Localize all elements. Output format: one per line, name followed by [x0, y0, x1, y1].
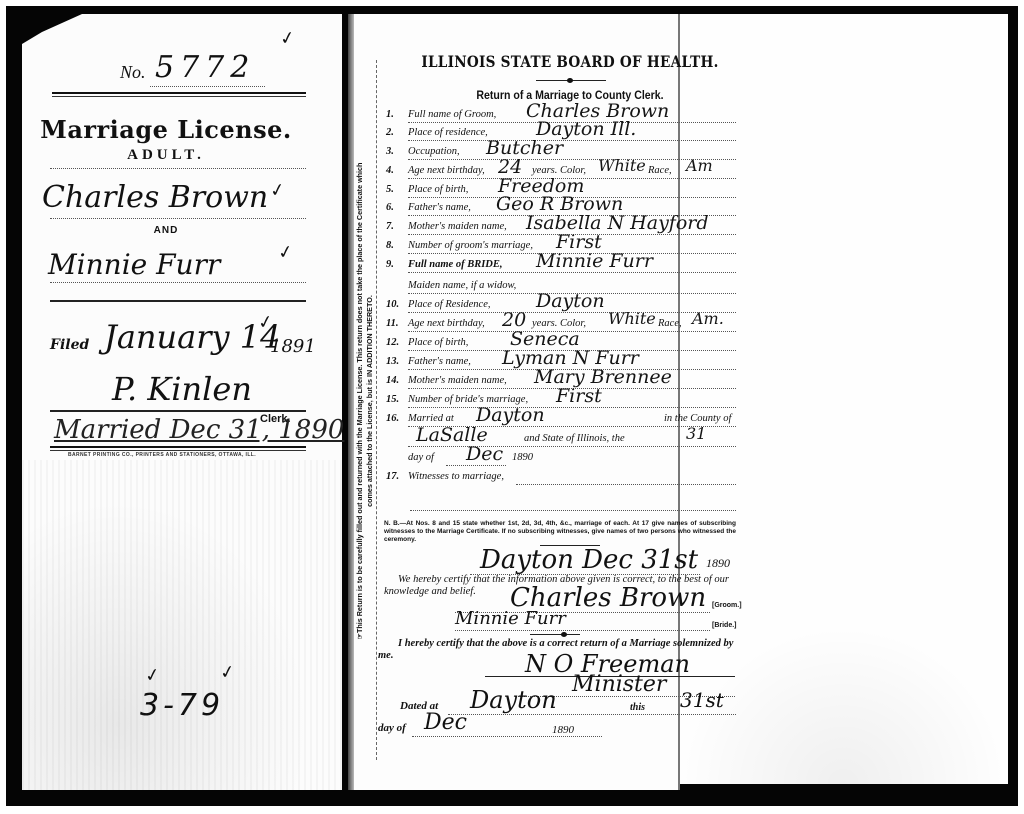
form-header: ILLINOIS STATE BOARD OF HEALTH. — [409, 52, 732, 71]
place-year: 1890 — [706, 556, 730, 571]
color-value: White — [608, 309, 656, 328]
instructions-note: N. B.—At Nos. 8 and 15 state whether 1st… — [384, 520, 736, 544]
year-value: 1890 — [512, 452, 533, 463]
field-number: 13. — [386, 356, 402, 367]
field-number: 9. — [386, 259, 402, 270]
field-row-county: LaSalle and State of Illinois, the 31 — [386, 430, 746, 448]
divider — [455, 630, 710, 631]
field-row-bride-name: 9. Full name of BRIDE, Minnie Furr — [386, 256, 746, 274]
side-notice-text: ☞This Return is to be carefully filled o… — [355, 31, 377, 771]
field-label: Married at — [408, 413, 454, 424]
field-label: Place of residence, — [408, 127, 488, 138]
divider — [448, 714, 736, 715]
field-label: Witnesses to marriage, — [408, 471, 504, 482]
license-number-value: 5772 — [155, 50, 255, 85]
bride-signature: Minnie Furr — [455, 608, 566, 629]
field-label: Mother's maiden name, — [408, 221, 507, 232]
divider — [412, 736, 602, 737]
field-value: Dayton — [476, 404, 545, 426]
place-date-handwritten: Dayton Dec 31st — [480, 545, 698, 575]
document-scan: No. 5772 ✓ Marriage License. ADULT. Char… — [0, 0, 1024, 814]
file-number: 3-79 — [140, 688, 224, 723]
bride-name-handwritten: Minnie Furr — [48, 248, 220, 281]
field-line — [408, 407, 736, 408]
clerk-signature: P. Kinlen — [112, 370, 252, 408]
groom-name-handwritten: Charles Brown — [42, 180, 268, 215]
field-label: Age next birthday, — [408, 318, 485, 329]
license-number-label: No. — [120, 62, 146, 83]
field-value: Dayton — [536, 290, 605, 312]
field-number: 12. — [386, 337, 402, 348]
county-label: in the County of — [664, 413, 731, 424]
divider — [50, 282, 306, 283]
field-value: Mary Brennee — [534, 366, 672, 388]
field-label: Full name of Groom, — [408, 109, 496, 120]
field-label: Place of birth, — [408, 337, 468, 348]
field-number: 7. — [386, 221, 402, 232]
month-value: Dec — [466, 443, 503, 465]
license-title: Marriage License. — [36, 115, 296, 144]
divider — [50, 410, 306, 412]
field-number: 4. — [386, 165, 402, 176]
field-number: 3. — [386, 146, 402, 157]
field-label: Age next birthday, — [408, 165, 485, 176]
bride-signature-label: [Bride.] — [712, 622, 737, 629]
field-label: Father's name, — [408, 202, 471, 213]
side-notice-line-1: ☞This Return is to be carefully filled o… — [355, 31, 365, 771]
filed-year: 1891 — [270, 336, 316, 357]
field-label: Mother's maiden name, — [408, 375, 507, 386]
perforation-line — [376, 60, 377, 760]
field-label: Occupation, — [408, 146, 460, 157]
field-number: 15. — [386, 394, 402, 405]
color-value: White — [598, 156, 646, 175]
race-label: Race, — [658, 318, 682, 329]
field-value: Minnie Furr — [536, 250, 653, 272]
field-row-groom-residence: 2. Place of residence, Dayton Ill. — [386, 124, 746, 142]
field-line — [408, 312, 736, 313]
header-ornament — [536, 80, 606, 81]
field-label: Number of groom's marriage, — [408, 240, 533, 251]
field-row-witnesses: 17. Witnesses to marriage, — [386, 468, 746, 486]
field-label: Maiden name, if a widow, — [408, 280, 516, 291]
license-subtitle: ADULT. — [36, 147, 296, 164]
dated-year: 1890 — [552, 724, 574, 736]
field-line — [408, 446, 736, 447]
divider — [150, 86, 265, 87]
and-label: AND — [36, 225, 296, 236]
field-line — [408, 272, 736, 273]
field-line — [446, 465, 506, 466]
field-number: 1. — [386, 109, 402, 120]
side-notice: ☞This Return is to be carefully filled o… — [356, 30, 378, 770]
race-value: Am. — [692, 309, 724, 328]
day-of-label: day of — [408, 452, 434, 463]
dated-day: 31st — [680, 688, 724, 712]
married-note: Married Dec 31, 1890 — [54, 415, 344, 445]
race-value: Am — [686, 156, 713, 175]
dated-place: Dayton — [470, 686, 557, 714]
ornament-divider — [530, 634, 580, 635]
field-row-day-of: day of Dec 1890 — [386, 449, 746, 467]
divider — [410, 510, 736, 511]
field-label: Father's name, — [408, 356, 471, 367]
field-value: Isabella N Hayford — [526, 212, 709, 234]
fold-shadow — [348, 14, 354, 790]
printer-imprint: BARNET PRINTING CO., PRINTERS AND STATIO… — [68, 452, 256, 458]
groom-signature-label: [Groom.] — [712, 602, 742, 609]
divider — [50, 218, 306, 219]
field-label: Place of Residence, — [408, 299, 491, 310]
field-number: 16. — [386, 413, 402, 424]
field-label: Place of birth, — [408, 184, 468, 195]
and-label-text: AND — [154, 225, 179, 236]
minister-title: Minister — [572, 672, 666, 697]
paper-texture — [22, 460, 342, 790]
race-label: Race, — [648, 165, 672, 176]
field-label: Full name of BRIDE, — [408, 259, 503, 270]
field-number: 17. — [386, 471, 402, 482]
side-notice-line-2: comes attached to the License, but is IN… — [365, 31, 375, 771]
divider — [50, 446, 306, 451]
this-label: this — [630, 702, 645, 713]
field-number: 14. — [386, 375, 402, 386]
divider — [50, 300, 306, 302]
filed-date: January 14 — [104, 318, 280, 356]
day-value: 31 — [686, 424, 706, 443]
divider — [50, 168, 306, 169]
field-number: 8. — [386, 240, 402, 251]
divider — [52, 92, 306, 97]
field-line — [408, 140, 736, 141]
field-row-bride-marriage-number: 15. Number of bride's marriage, First — [386, 391, 746, 409]
dated-month: Dec — [424, 710, 467, 735]
field-number: 10. — [386, 299, 402, 310]
day-of-label: day of — [378, 722, 406, 734]
field-number: 5. — [386, 184, 402, 195]
field-number: 11. — [386, 318, 402, 329]
field-value: First — [556, 385, 602, 407]
filed-label: Filed — [50, 337, 89, 353]
field-line — [516, 484, 736, 485]
state-label: and State of Illinois, the — [524, 433, 625, 444]
field-number: 6. — [386, 202, 402, 213]
field-number: 2. — [386, 127, 402, 138]
